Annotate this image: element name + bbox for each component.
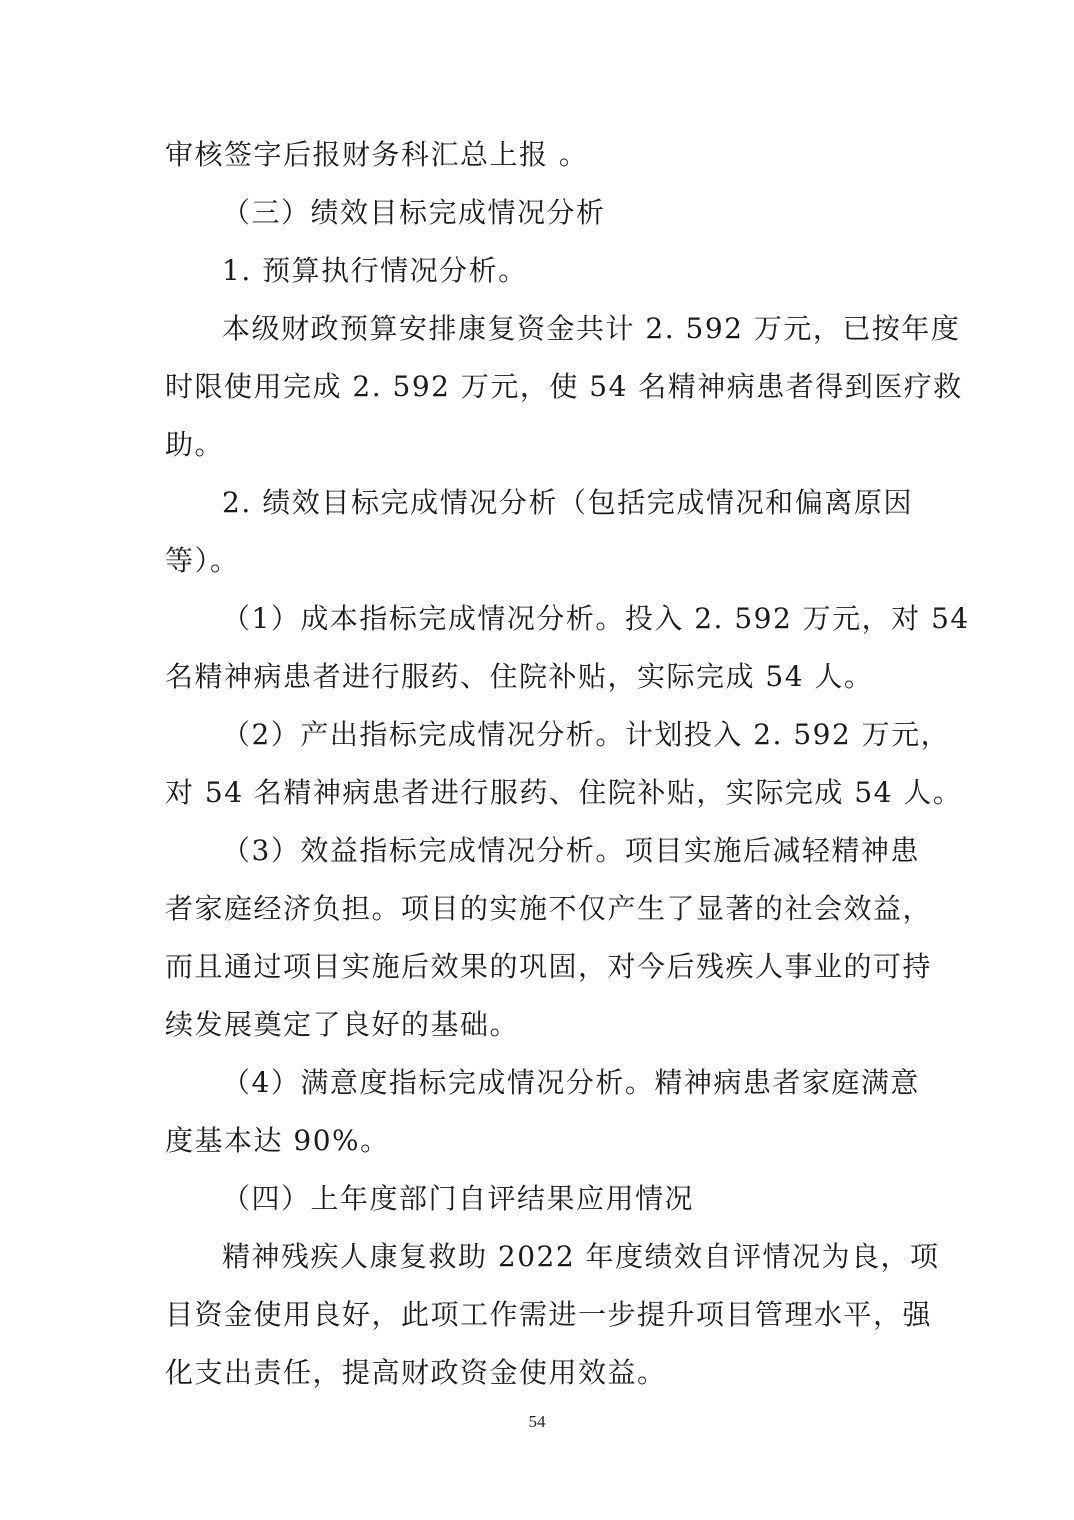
paragraph-line: （2）产出指标完成情况分析。计划投入 2. 592 万元， <box>222 718 913 752</box>
section-heading: （四）上年度部门自评结果应用情况 <box>222 1182 970 1216</box>
subsection-heading: 2. 绩效目标完成情况分析（包括完成情况和偏离原因 <box>222 486 913 520</box>
paragraph-line: 续发展奠定了良好的基础。 <box>165 1008 913 1042</box>
paragraph-line: 目资金使用良好，此项工作需进一步提升项目管理水平，强 <box>165 1298 913 1332</box>
paragraph-line: 者家庭经济负担。项目的实施不仅产生了显著的社会效益， <box>165 892 913 926</box>
paragraph-line: 本级财政预算安排康复资金共计 2. 592 万元，已按年度 <box>222 312 913 346</box>
paragraph-line: 助。 <box>165 428 913 462</box>
subsection-heading: 1. 预算执行情况分析。 <box>222 254 970 288</box>
paragraph-line: 对 54 名精神病患者进行服药、住院补贴，实际完成 54 人。 <box>165 776 913 810</box>
paragraph-line: （3）效益指标完成情况分析。项目实施后减轻精神患 <box>222 834 913 868</box>
paragraph-line: 精神残疾人康复救助 2022 年度绩效自评情况为良，项 <box>222 1240 913 1274</box>
paragraph-line: 审核签字后报财务科汇总上报 。 <box>165 138 913 172</box>
page-number: 54 <box>0 1412 1074 1432</box>
paragraph-line: （1）成本指标完成情况分析。投入 2. 592 万元，对 54 <box>222 602 913 636</box>
paragraph-line: （4）满意度指标完成情况分析。精神病患者家庭满意 <box>222 1066 913 1100</box>
paragraph-line: 化支出责任，提高财政资金使用效益。 <box>165 1356 913 1390</box>
section-heading: （三）绩效目标完成情况分析 <box>222 196 970 230</box>
paragraph-line: 时限使用完成 2. 592 万元，使 54 名精神病患者得到医疗救 <box>165 370 913 404</box>
paragraph-line: 名精神病患者进行服药、住院补贴，实际完成 54 人。 <box>165 660 913 694</box>
subsection-heading-cont: 等）。 <box>165 544 913 578</box>
paragraph-line: 度基本达 90%。 <box>165 1124 913 1158</box>
paragraph-line: 而且通过项目实施后效果的巩固，对今后残疾人事业的可持 <box>165 950 913 984</box>
